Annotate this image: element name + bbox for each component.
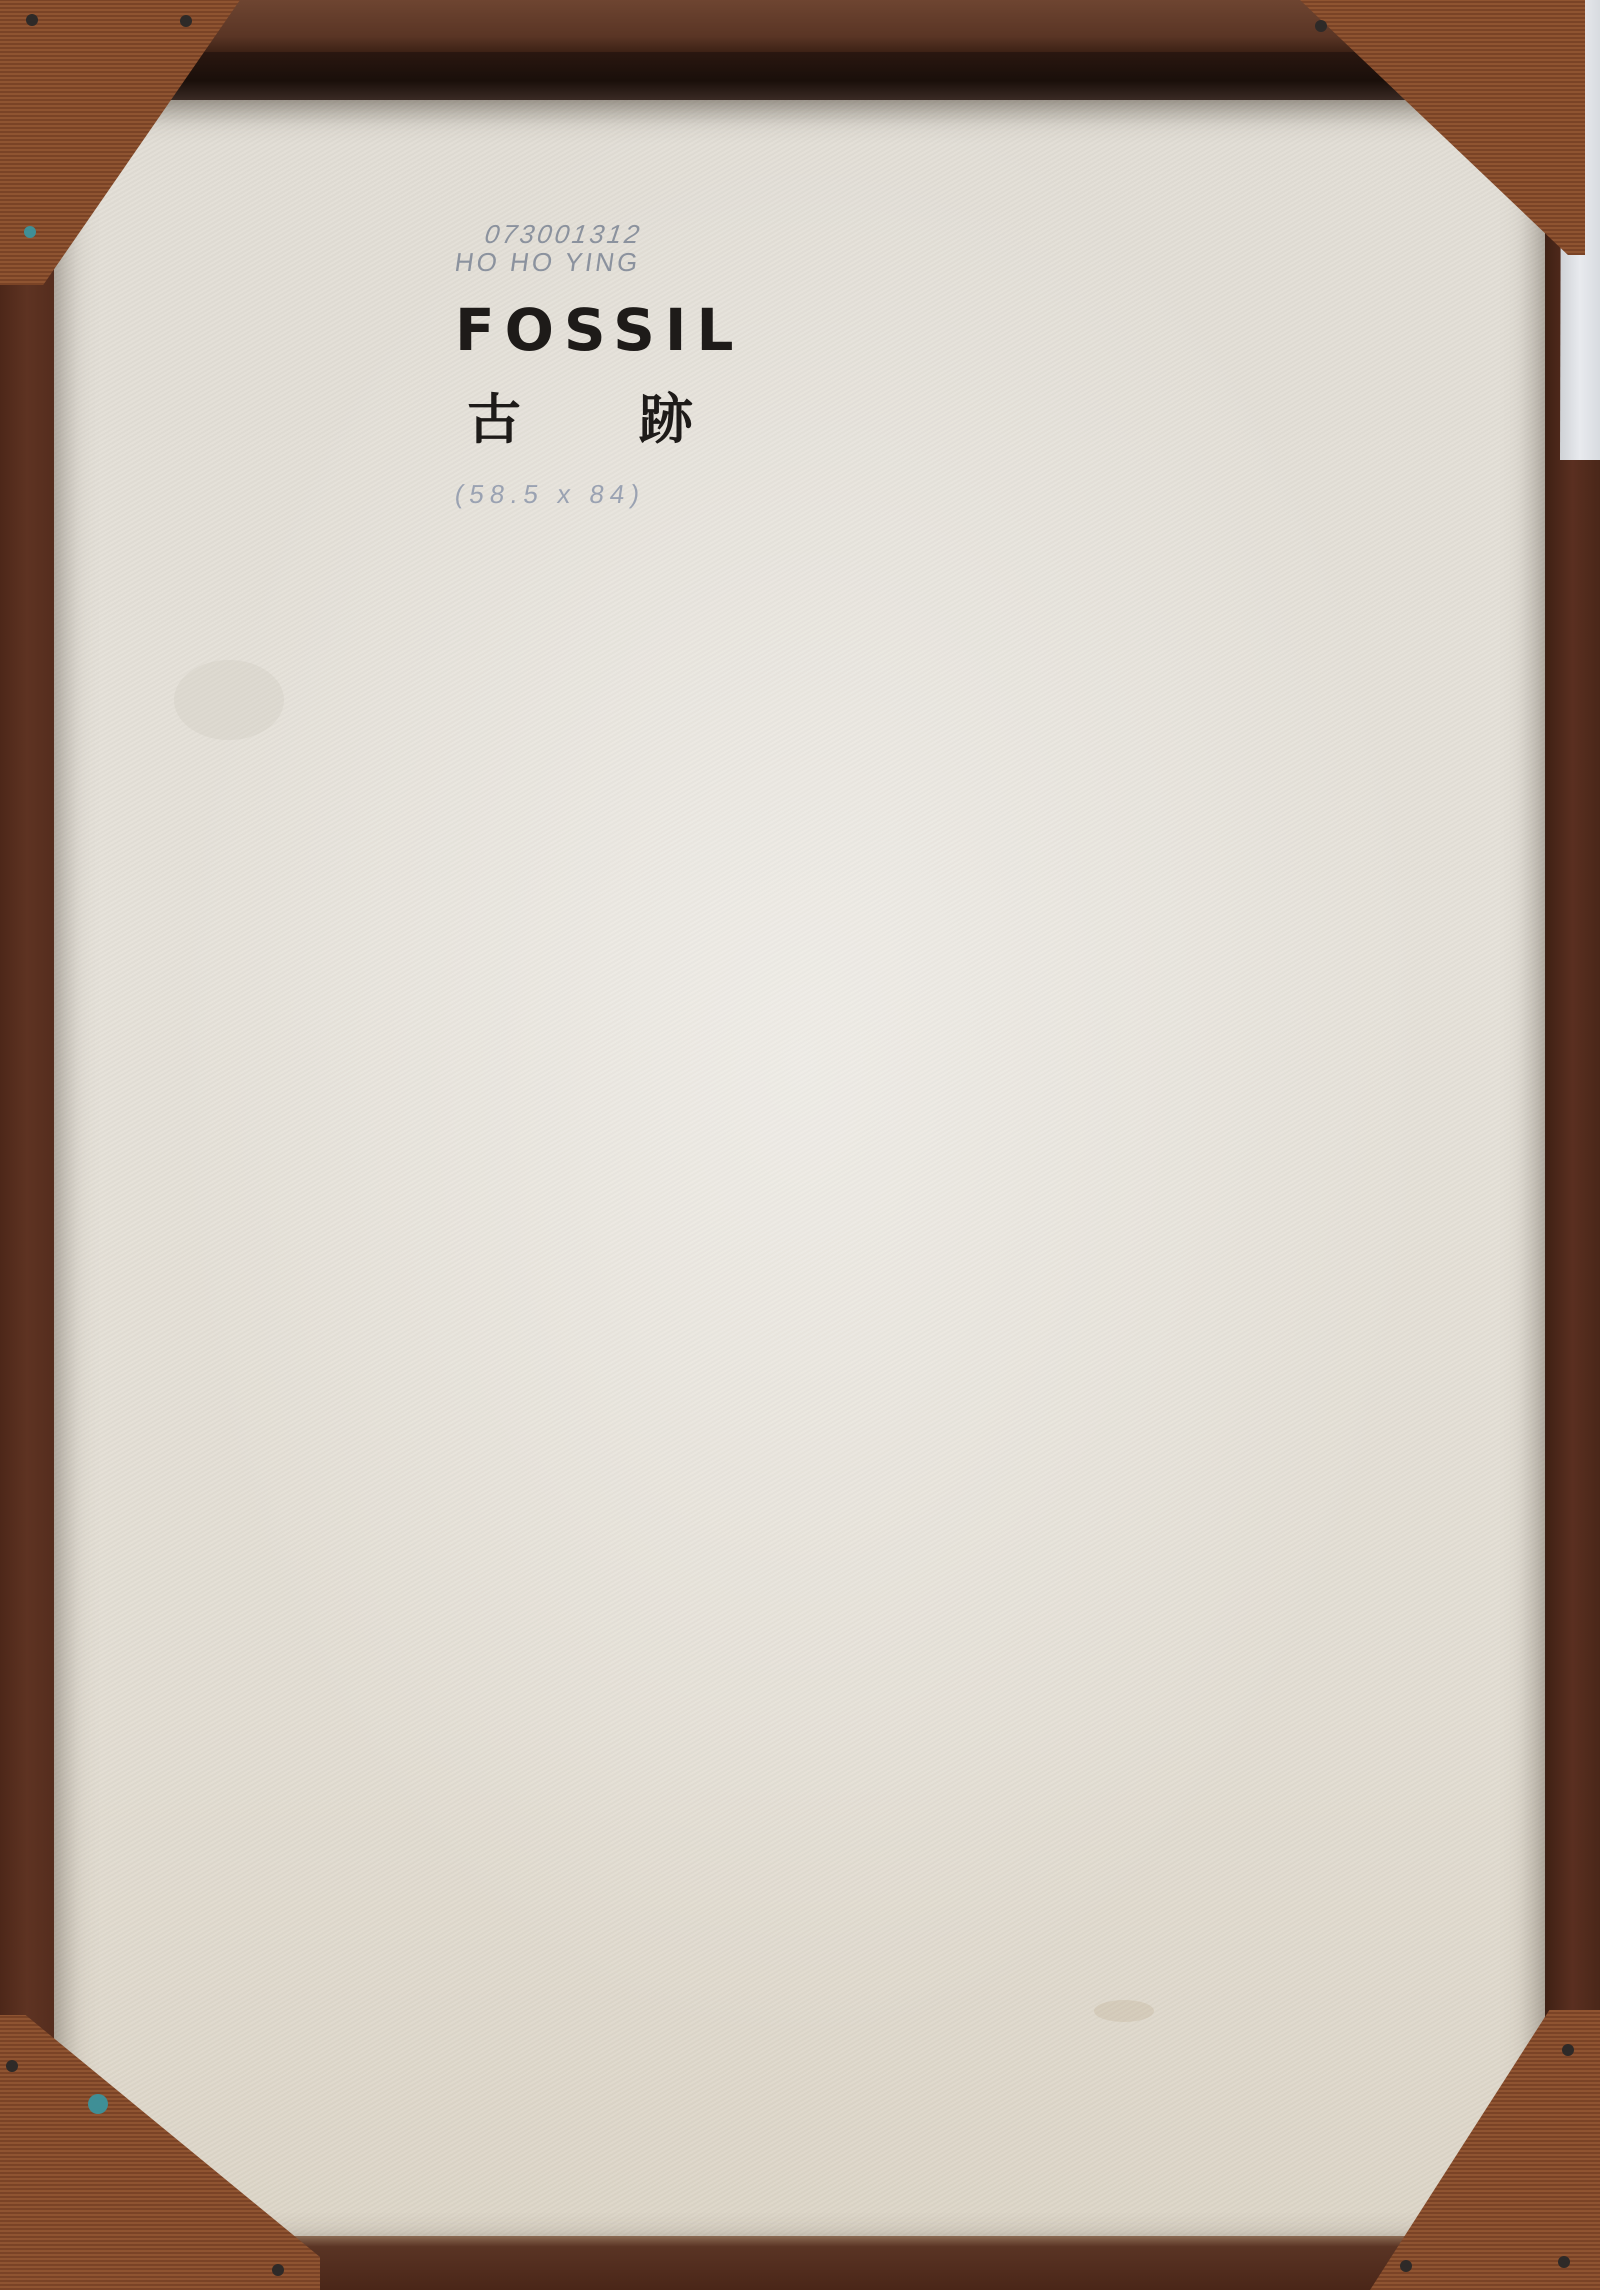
accession-number: 073001312: [483, 220, 877, 248]
canvas-stain: [1094, 2000, 1154, 2022]
nail-icon: [1400, 2260, 1412, 2272]
nail-icon: [1562, 2044, 1574, 2056]
nail-icon: [180, 15, 192, 27]
canvas-crease: [174, 660, 284, 740]
title-chinese: 古 跡: [467, 390, 875, 450]
frame-top-shadow: [0, 52, 1600, 100]
inscriptions-block: 073001312 HO HO YING FOSSIL 古 跡 (58.5 x …: [455, 220, 875, 508]
nail-icon: [6, 2060, 18, 2072]
nail-icon: [1558, 2256, 1570, 2268]
frame-left-bar: [0, 0, 54, 2290]
artwork-back-photo: 073001312 HO HO YING FOSSIL 古 跡 (58.5 x …: [0, 0, 1600, 2290]
nail-icon: [272, 2264, 284, 2276]
dimensions-note: (58.5 x 84): [453, 480, 877, 508]
nail-icon: [26, 14, 38, 26]
title-chinese-char-1: 古: [467, 390, 521, 450]
nail-icon: [1315, 20, 1327, 32]
nail-icon: [24, 226, 36, 238]
title-chinese-char-2: 跡: [639, 390, 693, 450]
title-english: FOSSIL: [455, 298, 875, 362]
nail-icon: [88, 2094, 108, 2114]
artist-name: HO HO YING: [453, 248, 877, 276]
